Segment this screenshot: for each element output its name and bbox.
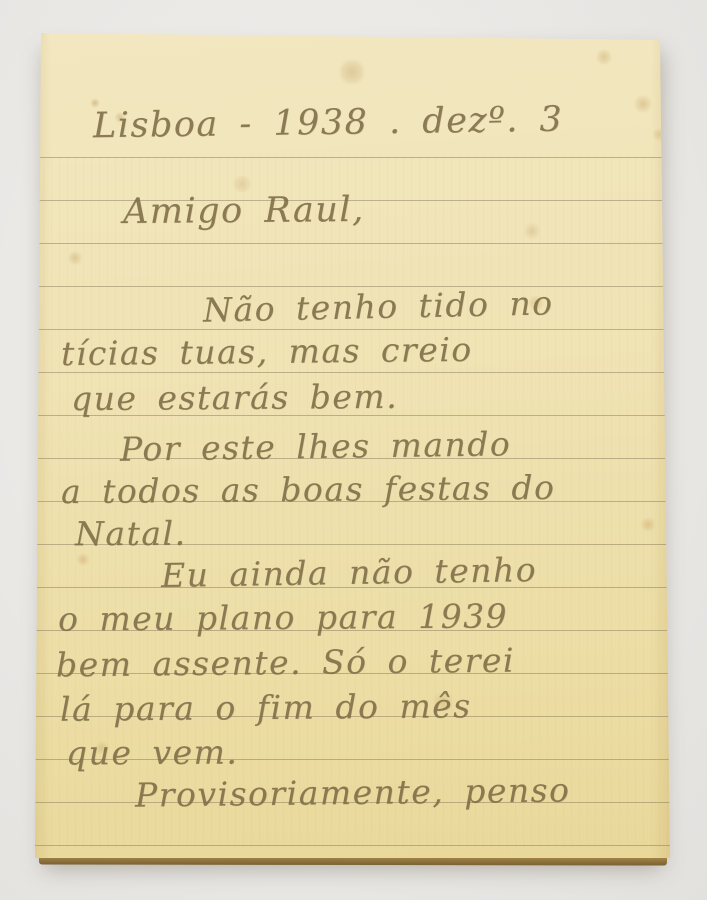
body-line: que vem. xyxy=(66,733,239,773)
photo-background: Lisboa - 1938 . dezº. 3 Amigo Raul, Não … xyxy=(0,0,707,900)
body-line: Por este lhes mando xyxy=(120,424,512,468)
salutation: Amigo Raul, xyxy=(123,190,365,232)
body-line: a todos as boas festas do xyxy=(61,468,556,511)
handwriting-layer: Lisboa - 1938 . dezº. 3 Amigo Raul, Não … xyxy=(35,33,670,860)
body-line: Não tenho tido no xyxy=(203,283,554,329)
body-line: que estarás bem. xyxy=(71,377,398,418)
body-line: Natal. xyxy=(75,514,187,554)
body-line: tícias tuas, mas creio xyxy=(61,330,473,373)
body-line: bem assente. Só o terei xyxy=(56,641,515,685)
letter-page: Lisboa - 1938 . dezº. 3 Amigo Raul, Não … xyxy=(35,33,670,860)
dateline: Lisboa - 1938 . dezº. 3 xyxy=(93,100,564,147)
body-line: Eu ainda não tenho xyxy=(161,550,538,595)
body-line: lá para o fim do mês xyxy=(60,686,472,729)
body-line: o meu plano para 1939 xyxy=(58,596,508,638)
closing-line: Provisoriamente, penso xyxy=(135,770,571,814)
